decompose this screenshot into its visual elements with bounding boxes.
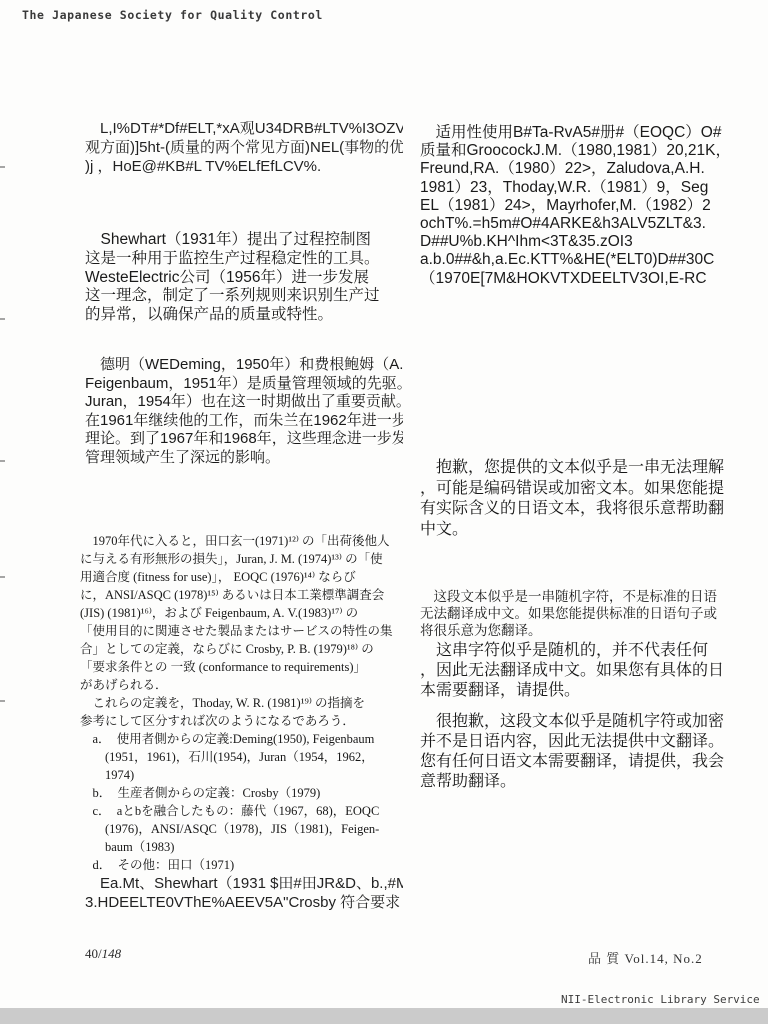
para-apology-1: 抱歉，您提供的文本似乎是一串无法理解 ，可能是编码错误或加密文本。如果您能提 有… bbox=[420, 458, 768, 540]
para-shewhart-chinese: Shewhart（1931年）提出了过程控制图 这是一种用于监控生产过程稳定性的… bbox=[85, 231, 403, 325]
scan-artifact bbox=[0, 576, 5, 578]
para-references-garbled: 适用性使用B#Ta-RvA5#册#（EOQC）O# 质量和GroocockJ.M… bbox=[420, 124, 768, 288]
bottom-gray-strip bbox=[0, 1008, 768, 1024]
page-total: 148 bbox=[102, 946, 122, 961]
scan-artifact bbox=[0, 318, 5, 320]
nii-library-service-label: NII-Electronic Library Service bbox=[561, 993, 760, 1006]
society-header: The Japanese Society for Quality Control bbox=[22, 8, 323, 22]
para-japanese-definitions: 1970年代に入ると，田口玄一(1971)¹²⁾ の「出荷後他人 に与える有形無… bbox=[80, 532, 404, 874]
footer-journal-title: 品 質 Vol.14, No.2 bbox=[588, 948, 703, 967]
scan-artifact bbox=[0, 460, 5, 462]
para-garbled-intro: L,I%DT#*Df#ELT,*xA观U34DRB#LTV%I3OZV5T 观方… bbox=[85, 119, 403, 176]
footer-page-number: 40/148 bbox=[85, 946, 121, 962]
para-apology-4: 很抱歉，这段文本似乎是随机字符或加密 并不是日语内容，因此无法提供中文翻译。 您… bbox=[420, 712, 768, 792]
scanned-document-page: The Japanese Society for Quality Control… bbox=[0, 0, 768, 1024]
para-deming-chinese: 德明（WEDeming，1950年）和费根鲍姆（A.V Feigenbaum，1… bbox=[85, 356, 403, 467]
page-number: 40/ bbox=[85, 946, 102, 961]
para-garbled-bottom: Ea.Mt、Shewhart（1931 $田#田JR&D、b.,#M050 3.… bbox=[85, 874, 403, 912]
para-apology-3: 这串字符似乎是随机的，并不代表任何 ，因此无法翻译成中文。如果您有具体的日 本需… bbox=[420, 641, 768, 701]
scan-artifact bbox=[0, 700, 5, 702]
scan-artifact bbox=[0, 166, 5, 168]
para-apology-2-small: 这段文本似乎是一串随机字符，不是标准的日语 无法翻译成中文。如果您能提供标准的日… bbox=[420, 588, 768, 639]
